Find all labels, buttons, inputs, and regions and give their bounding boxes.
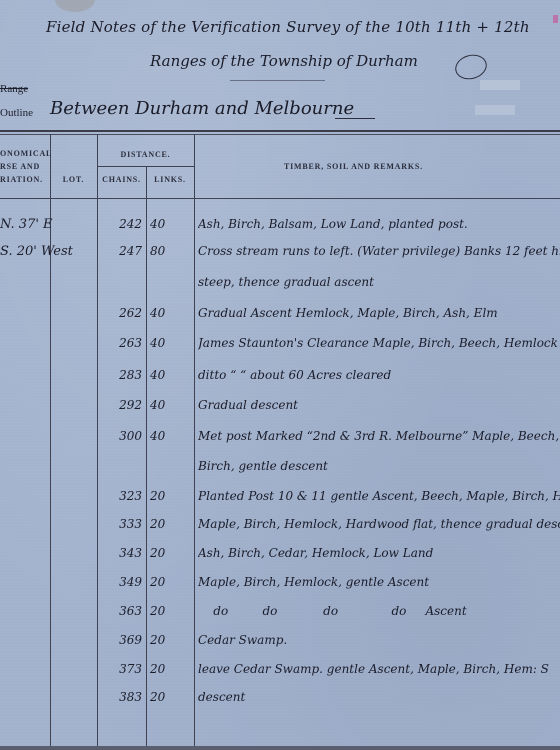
table-row: 283 40 ditto “ “ about 60 Acres cleared <box>0 368 560 390</box>
outline-value: Between Durham and Melbourne <box>50 98 354 119</box>
remarks-cell: steep, thence gradual ascent <box>198 275 560 289</box>
remarks-cell: Ash, Birch, Balsam, Low Land, planted po… <box>198 217 560 231</box>
remarks-cell: Ash, Birch, Cedar, Hemlock, Low Land <box>198 546 560 560</box>
links-cell: 40 <box>150 336 190 350</box>
table-row: 369 20 Cedar Swamp. <box>0 633 560 655</box>
table-row: 323 20 Planted Post 10 & 11 gentle Ascen… <box>0 489 560 511</box>
bleed-through-text <box>475 105 515 115</box>
header-bottom-rule <box>0 198 560 199</box>
links-cell: 80 <box>150 244 190 258</box>
links-cell: 20 <box>150 489 190 503</box>
remarks-cell: ditto “ “ about 60 Acres cleared <box>198 368 560 382</box>
course-cell: N. 37' E <box>0 217 50 232</box>
chains-cell: 300 <box>97 429 142 443</box>
chains-cell: 242 <box>97 217 142 231</box>
chains-cell: 247 <box>97 244 142 258</box>
outline-label: Outline <box>0 107 33 119</box>
remarks-cell: Maple, Birch, Hemlock, Hardwood flat, th… <box>198 517 560 531</box>
header-course-line1: ONOMICAL <box>0 147 50 160</box>
links-cell: 40 <box>150 306 190 320</box>
chains-cell: 349 <box>97 575 142 589</box>
table-row: 383 20 descent <box>0 690 560 712</box>
document-title-line1: Field Notes of the Verification Survey o… <box>46 18 530 36</box>
chains-cell: 263 <box>97 336 142 350</box>
links-cell: 20 <box>150 575 190 589</box>
course-cell: S. 20' West <box>0 244 50 259</box>
remarks-cell: descent <box>198 690 560 704</box>
outline-underline <box>335 118 375 119</box>
ink-mark <box>553 15 558 23</box>
links-cell: 20 <box>150 662 190 676</box>
header-course: ONOMICAL RSE AND RIATION. <box>0 147 50 186</box>
header-lot: LOT. <box>50 173 97 186</box>
chains-cell: 323 <box>97 489 142 503</box>
title-underline <box>230 80 325 81</box>
links-cell: 20 <box>150 690 190 704</box>
links-cell: 20 <box>150 604 190 618</box>
chains-cell: 383 <box>97 690 142 704</box>
remarks-cell: Gradual descent <box>198 398 560 412</box>
remarks-cell: Planted Post 10 & 11 gentle Ascent, Beec… <box>198 489 560 503</box>
paper-stain <box>55 0 95 12</box>
remarks-cell: leave Cedar Swamp. gentle Ascent, Maple,… <box>198 662 560 676</box>
table-row: N. 37' E 242 40 Ash, Birch, Balsam, Low … <box>0 217 560 239</box>
header-course-line3: RIATION. <box>0 173 50 186</box>
chains-cell: 343 <box>97 546 142 560</box>
table-row: 262 40 Gradual Ascent Hemlock, Maple, Bi… <box>0 306 560 328</box>
table-top-rule <box>0 130 560 132</box>
remarks-cell: Gradual Ascent Hemlock, Maple, Birch, As… <box>198 306 560 320</box>
table-row: 300 40 Met post Marked “2nd & 3rd R. Mel… <box>0 429 560 451</box>
header-chains: CHAINS. <box>97 173 146 186</box>
links-cell: 40 <box>150 217 190 231</box>
table-row: S. 20' West 247 80 Cross stream runs to … <box>0 244 560 266</box>
header-distance: DISTANCE. <box>97 148 194 161</box>
table-top-rule-inner <box>0 134 560 135</box>
remarks-cell: Met post Marked “2nd & 3rd R. Melbourne”… <box>198 429 560 443</box>
table-row: Birch, gentle descent <box>0 459 560 481</box>
table-row: 349 20 Maple, Birch, Hemlock, gentle Asc… <box>0 575 560 597</box>
chains-cell: 333 <box>97 517 142 531</box>
table-row: 363 20 do do do do Ascent <box>0 604 560 626</box>
links-cell: 40 <box>150 429 190 443</box>
chains-cell: 283 <box>97 368 142 382</box>
remarks-cell: Cross stream runs to left. (Water privil… <box>198 244 560 258</box>
chains-cell: 373 <box>97 662 142 676</box>
pen-flourish <box>452 51 489 82</box>
links-cell: 20 <box>150 517 190 531</box>
remarks-cell: Maple, Birch, Hemlock, gentle Ascent <box>198 575 560 589</box>
page-bottom-edge <box>0 746 560 750</box>
links-cell: 40 <box>150 398 190 412</box>
chains-cell: 369 <box>97 633 142 647</box>
table-row: 333 20 Maple, Birch, Hemlock, Hardwood f… <box>0 517 560 539</box>
table-row: 343 20 Ash, Birch, Cedar, Hemlock, Low L… <box>0 546 560 568</box>
table-row: steep, thence gradual ascent <box>0 275 560 297</box>
remarks-cell: do do do do Ascent <box>198 604 560 618</box>
chains-cell: 363 <box>97 604 142 618</box>
header-links: LINKS. <box>146 173 194 186</box>
header-remarks: TIMBER, SOIL AND REMARKS. <box>194 160 560 173</box>
remarks-cell: Birch, gentle descent <box>198 459 560 473</box>
chains-cell: 292 <box>97 398 142 412</box>
bleed-through-text <box>480 80 520 90</box>
remarks-cell: James Staunton's Clearance Maple, Birch,… <box>198 336 560 350</box>
range-label: Range <box>0 83 28 95</box>
links-cell: 20 <box>150 633 190 647</box>
chains-cell: 262 <box>97 306 142 320</box>
table-row: 263 40 James Staunton's Clearance Maple,… <box>0 336 560 358</box>
table-row: 373 20 leave Cedar Swamp. gentle Ascent,… <box>0 662 560 684</box>
links-cell: 20 <box>150 546 190 560</box>
header-course-line2: RSE AND <box>0 160 50 173</box>
links-cell: 40 <box>150 368 190 382</box>
document-title-line2: Ranges of the Township of Durham <box>150 52 418 70</box>
remarks-cell: Cedar Swamp. <box>198 633 560 647</box>
table-row: 292 40 Gradual descent <box>0 398 560 420</box>
